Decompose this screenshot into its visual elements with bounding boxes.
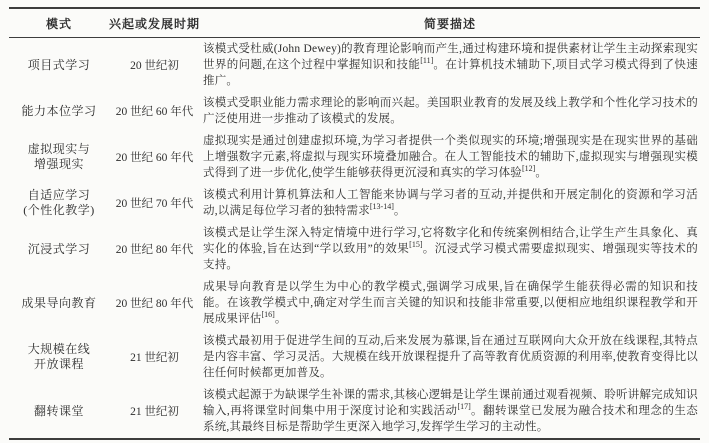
mode-cell: 沉浸式学习 [9,222,109,276]
mode-cell: 翻转课堂 [9,384,109,439]
table-row: 成果导向教育 20 世纪 80 年代 成果导向教育是以学生为中心的教学模式,强调… [9,276,700,330]
table-row: 翻转课堂 21 世纪初 该模式起源于为缺课学生补课的需求,其核心逻辑是让学生课前… [9,384,700,439]
period-cell: 20 世纪 60 年代 [109,92,200,130]
column-header-description: 简要描述 [200,8,700,38]
description-cell: 该模式是让学生深入特定情境中进行学习,它将数字化和传统案例相结合,让学生产生具象… [200,222,700,276]
mode-cell: 自适应学习 (个性化教学) [9,184,109,222]
description-cell: 虚拟现实是通过创建虚拟环境,为学习者提供一个类似现实的环境;增强现实是在现实世界… [200,130,700,184]
period-cell: 20 世纪 80 年代 [109,276,200,330]
table-row: 沉浸式学习 20 世纪 80 年代 该模式是让学生深入特定情境中进行学习,它将数… [9,222,700,276]
table: 模式 兴起或发展时期 简要描述 项目式学习 20 世纪初 该模式受杜威(John… [9,7,700,440]
period-cell: 20 世纪初 [109,38,200,93]
description-cell: 该模式起源于为缺课学生补课的需求,其核心逻辑是让学生课前通过观看视频、聆听讲解完… [200,384,700,439]
mode-cell: 虚拟现实与 增强现实 [9,130,109,184]
table-row: 能力本位学习 20 世纪 60 年代 该模式受职业能力需求理论的影响而兴起。美国… [9,92,700,130]
table-header-row: 模式 兴起或发展时期 简要描述 [9,8,700,38]
description-cell: 该模式最初用于促进学生间的互动,后来发展为慕课,旨在通过互联网向大众开放在线课程… [200,330,700,384]
mode-cell: 项目式学习 [9,38,109,93]
table-row: 大规模在线 开放课程 21 世纪初 该模式最初用于促进学生间的互动,后来发展为慕… [9,330,700,384]
period-cell: 21 世纪初 [109,330,200,384]
column-header-mode: 模式 [9,8,109,38]
table-row: 自适应学习 (个性化教学) 20 世纪 70 年代 该模式利用计算机算法和人工智… [9,184,700,222]
learning-modes-table: 模式 兴起或发展时期 简要描述 项目式学习 20 世纪初 该模式受杜威(John… [9,7,700,440]
table-row: 虚拟现实与 增强现实 20 世纪 60 年代 虚拟现实是通过创建虚拟环境,为学习… [9,130,700,184]
mode-cell: 能力本位学习 [9,92,109,130]
period-cell: 20 世纪 60 年代 [109,130,200,184]
description-cell: 成果导向教育是以学生为中心的教学模式,强调学习成果,旨在确保学生能获得必需的知识… [200,276,700,330]
description-cell: 该模式受职业能力需求理论的影响而兴起。美国职业教育的发展及线上教学和个性化学习技… [200,92,700,130]
mode-cell: 大规模在线 开放课程 [9,330,109,384]
period-cell: 21 世纪初 [109,384,200,439]
description-cell: 该模式利用计算机算法和人工智能来协调与学习者的互动,并提供和开展定制化的资源和学… [200,184,700,222]
table-row: 项目式学习 20 世纪初 该模式受杜威(John Dewey)的教育理论影响而产… [9,38,700,93]
period-cell: 20 世纪 80 年代 [109,222,200,276]
period-cell: 20 世纪 70 年代 [109,184,200,222]
description-cell: 该模式受杜威(John Dewey)的教育理论影响而产生,通过构建环境和提供素材… [200,38,700,93]
mode-cell: 成果导向教育 [9,276,109,330]
column-header-period: 兴起或发展时期 [109,8,200,38]
